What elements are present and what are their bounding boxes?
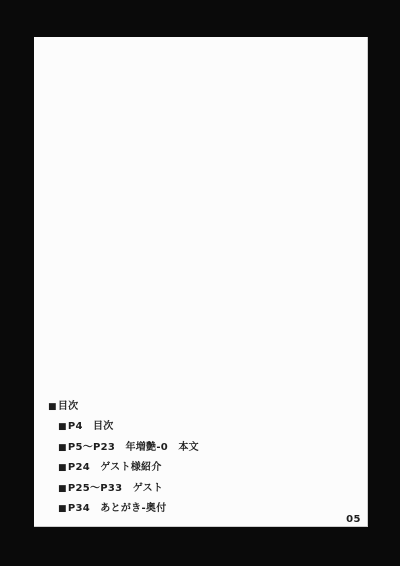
square-bullet-icon: ■ <box>58 443 67 453</box>
square-bullet-icon: ■ <box>48 402 57 412</box>
toc-item-label: P4 目次 <box>68 421 114 432</box>
toc-item: ■P34 あとがき-奥付 <box>48 499 199 519</box>
square-bullet-icon: ■ <box>58 484 67 494</box>
toc-item-label: P24 ゲスト様紹介 <box>68 462 162 473</box>
square-bullet-icon: ■ <box>58 504 67 514</box>
table-of-contents: ■目次 ■P4 目次 ■P5～P23 年増艶-0 本文 ■P24 ゲスト様紹介 … <box>48 397 199 519</box>
page-number: 05 <box>346 515 361 525</box>
document-page: ■目次 ■P4 目次 ■P5～P23 年増艶-0 本文 ■P24 ゲスト様紹介 … <box>34 37 368 527</box>
square-bullet-icon: ■ <box>58 463 67 473</box>
scan-background: ■目次 ■P4 目次 ■P5～P23 年増艶-0 本文 ■P24 ゲスト様紹介 … <box>0 0 400 566</box>
square-bullet-icon: ■ <box>58 422 67 432</box>
toc-heading-label: 目次 <box>58 401 79 412</box>
toc-item: ■P5～P23 年増艶-0 本文 <box>48 438 199 458</box>
toc-item: ■P24 ゲスト様紹介 <box>48 458 199 478</box>
toc-item-label: P5～P23 年増艶-0 本文 <box>68 442 199 453</box>
toc-item-label: P25～P33 ゲスト <box>68 483 163 494</box>
toc-item-label: P34 あとがき-奥付 <box>68 503 167 514</box>
toc-item: ■P25～P33 ゲスト <box>48 479 199 499</box>
toc-item: ■P4 目次 <box>48 417 199 437</box>
toc-heading: ■目次 <box>48 397 199 417</box>
